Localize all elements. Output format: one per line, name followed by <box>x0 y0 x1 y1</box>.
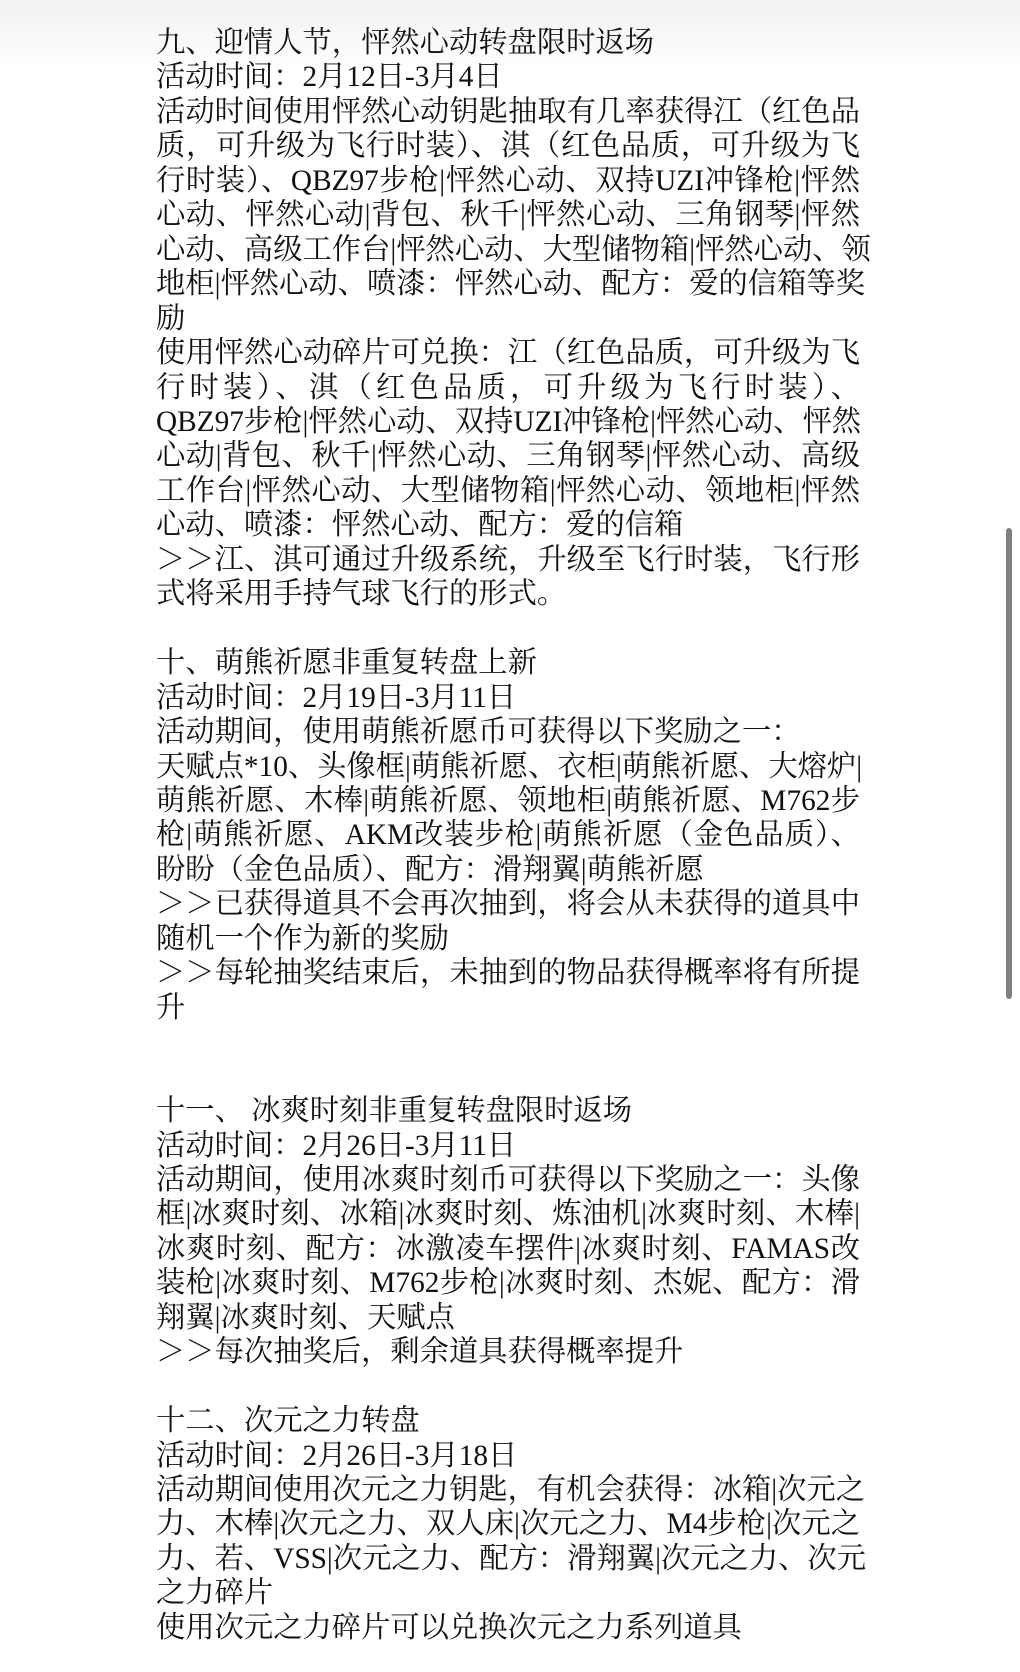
activity-time: 活动时间：2月12日-3月4日 <box>156 60 860 94</box>
text-line: 使用次元之力碎片可以兑换次元之力系列道具 <box>156 1611 860 1645</box>
text-line: ＞＞江、淇可通过升级系统，升级至飞行时装，飞行形 <box>156 543 860 577</box>
section-title: 十二、次元之力转盘 <box>156 1404 860 1438</box>
section-title: 十一、 冰爽时刻非重复转盘限时返场 <box>156 1094 860 1128</box>
text-line: 萌熊祈愿、木棒|萌熊祈愿、领地柜|萌熊祈愿、M762步 <box>156 784 860 818</box>
text-line: 力、木棒|次元之力、双人床|次元之力、M4步枪|次元之 <box>156 1507 860 1541</box>
activity-time: 活动时间：2月26日-3月18日 <box>156 1439 860 1473</box>
blank-line <box>156 1370 860 1404</box>
text-line: 心动、怦然心动|背包、秋千|怦然心动、三角钢琴|怦然 <box>156 198 860 232</box>
text-line: 升 <box>156 991 860 1025</box>
text-line: 随机一个作为新的奖励 <box>156 922 860 956</box>
text-line: 行时装）、QBZ97步枪|怦然心动、双持UZI冲锋枪|怦然 <box>156 164 860 198</box>
text-line: 力、若、VSS|次元之力、配方：滑翔翼|次元之力、次元 <box>156 1542 860 1576</box>
paragraph-fragment-exchange: 使用怦然心动碎片可兑换：江（红色品质，可升级为飞 行时装）、淇（红色品质，可升级… <box>156 336 860 543</box>
text-line: 盼盼（金色品质）、配方：滑翔翼|萌熊祈愿 <box>156 853 860 887</box>
blank-line <box>156 612 860 646</box>
text-line: 质，可升级为飞行时装）、淇（红色品质，可升级为飞 <box>156 129 860 163</box>
text-line: QBZ97步枪|怦然心动、双持UZI冲锋枪|怦然心动、怦然 <box>156 405 860 439</box>
text-line: 冰爽时刻、配方：冰激凌车摆件|冰爽时刻、FAMAS改 <box>156 1232 860 1266</box>
paragraph-intro: 活动期间，使用萌熊祈愿币可获得以下奖励之一： <box>156 715 860 749</box>
section-title: 十、萌熊祈愿非重复转盘上新 <box>156 646 860 680</box>
paragraph-rewards: 天赋点*10、头像框|萌熊祈愿、衣柜|萌熊祈愿、大熔炉| 萌熊祈愿、木棒|萌熊祈… <box>156 750 860 888</box>
paragraph-note: ＞＞每轮抽奖结束后，未抽到的物品获得概率将有所提 升 <box>156 956 860 1025</box>
paragraph-note: ＞＞每次抽奖后，剩余道具获得概率提升 <box>156 1335 860 1369</box>
text-line: 励 <box>156 302 860 336</box>
text-line: 行时装）、淇（红色品质，可升级为飞行时装）、 <box>156 371 860 405</box>
paragraph-fragment-exchange: 使用次元之力碎片可以兑换次元之力系列道具 <box>156 1611 860 1645</box>
text-line: 之力碎片 <box>156 1576 860 1610</box>
text-line: 心动、高级工作台|怦然心动、大型储物箱|怦然心动、领 <box>156 233 860 267</box>
section-dimension-power-wheel: 十二、次元之力转盘 活动时间：2月26日-3月18日 活动期间使用次元之力钥匙，… <box>156 1404 860 1645</box>
text-line: 心动|背包、秋千|怦然心动、三角钢琴|怦然心动、高级 <box>156 439 860 473</box>
paragraph-note: ＞＞已获得道具不会再次抽到，将会从未获得的道具中 随机一个作为新的奖励 <box>156 887 860 956</box>
text-line: 地柜|怦然心动、喷漆：怦然心动、配方：爱的信箱等奖 <box>156 267 860 301</box>
activity-time: 活动时间：2月26日-3月11日 <box>156 1129 860 1163</box>
blank-lines <box>156 1025 860 1094</box>
text-line: 天赋点*10、头像框|萌熊祈愿、衣柜|萌熊祈愿、大熔炉| <box>156 750 860 784</box>
text-line: 枪|萌熊祈愿、AKM改装步枪|萌熊祈愿（金色品质）、 <box>156 818 860 852</box>
paragraph-note: ＞＞江、淇可通过升级系统，升级至飞行时装，飞行形 式将采用手持气球飞行的形式。 <box>156 543 860 612</box>
section-bear-wish-wheel: 十、萌熊祈愿非重复转盘上新 活动时间：2月19日-3月11日 活动期间，使用萌熊… <box>156 646 860 1025</box>
vertical-scrollbar-thumb[interactable] <box>1006 528 1012 999</box>
text-line: 活动期间，使用冰爽时刻币可获得以下奖励之一：头像 <box>156 1163 860 1197</box>
text-line: 活动期间使用次元之力钥匙，有机会获得：冰箱|次元之 <box>156 1473 860 1507</box>
text-line: ＞＞每轮抽奖结束后，未抽到的物品获得概率将有所提 <box>156 956 860 990</box>
text-line: ＞＞已获得道具不会再次抽到，将会从未获得的道具中 <box>156 887 860 921</box>
text-line: ＞＞每次抽奖后，剩余道具获得概率提升 <box>156 1335 860 1369</box>
text-line: 活动时间使用怦然心动钥匙抽取有几率获得江（红色品 <box>156 95 860 129</box>
paragraph-rewards: 活动期间，使用冰爽时刻币可获得以下奖励之一：头像 框|冰爽时刻、冰箱|冰爽时刻、… <box>156 1163 860 1335</box>
text-line: 使用怦然心动碎片可兑换：江（红色品质，可升级为飞 <box>156 336 860 370</box>
paragraph-rewards: 活动期间使用次元之力钥匙，有机会获得：冰箱|次元之 力、木棒|次元之力、双人床|… <box>156 1473 860 1611</box>
section-valentine-wheel: 九、迎情人节，怦然心动转盘限时返场 活动时间：2月12日-3月4日 活动时间使用… <box>156 26 860 612</box>
event-notice-document: 九、迎情人节，怦然心动转盘限时返场 活动时间：2月12日-3月4日 活动时间使用… <box>156 26 860 1645</box>
text-line: 活动期间，使用萌熊祈愿币可获得以下奖励之一： <box>156 715 860 749</box>
text-line: 框|冰爽时刻、冰箱|冰爽时刻、炼油机|冰爽时刻、木棒| <box>156 1197 860 1231</box>
section-cool-moment-wheel: 十一、 冰爽时刻非重复转盘限时返场 活动时间：2月26日-3月11日 活动期间，… <box>156 1094 860 1370</box>
text-line: 翔翼|冰爽时刻、天赋点 <box>156 1301 860 1335</box>
activity-time: 活动时间：2月19日-3月11日 <box>156 681 860 715</box>
section-title: 九、迎情人节，怦然心动转盘限时返场 <box>156 26 860 60</box>
text-line: 式将采用手持气球飞行的形式。 <box>156 577 860 611</box>
text-line: 心动、喷漆：怦然心动、配方：爱的信箱 <box>156 508 860 542</box>
paragraph-rewards: 活动时间使用怦然心动钥匙抽取有几率获得江（红色品 质，可升级为飞行时装）、淇（红… <box>156 95 860 336</box>
text-line: 工作台|怦然心动、大型储物箱|怦然心动、领地柜|怦然 <box>156 474 860 508</box>
text-line: 装枪|冰爽时刻、M762步枪|冰爽时刻、杰妮、配方：滑 <box>156 1266 860 1300</box>
